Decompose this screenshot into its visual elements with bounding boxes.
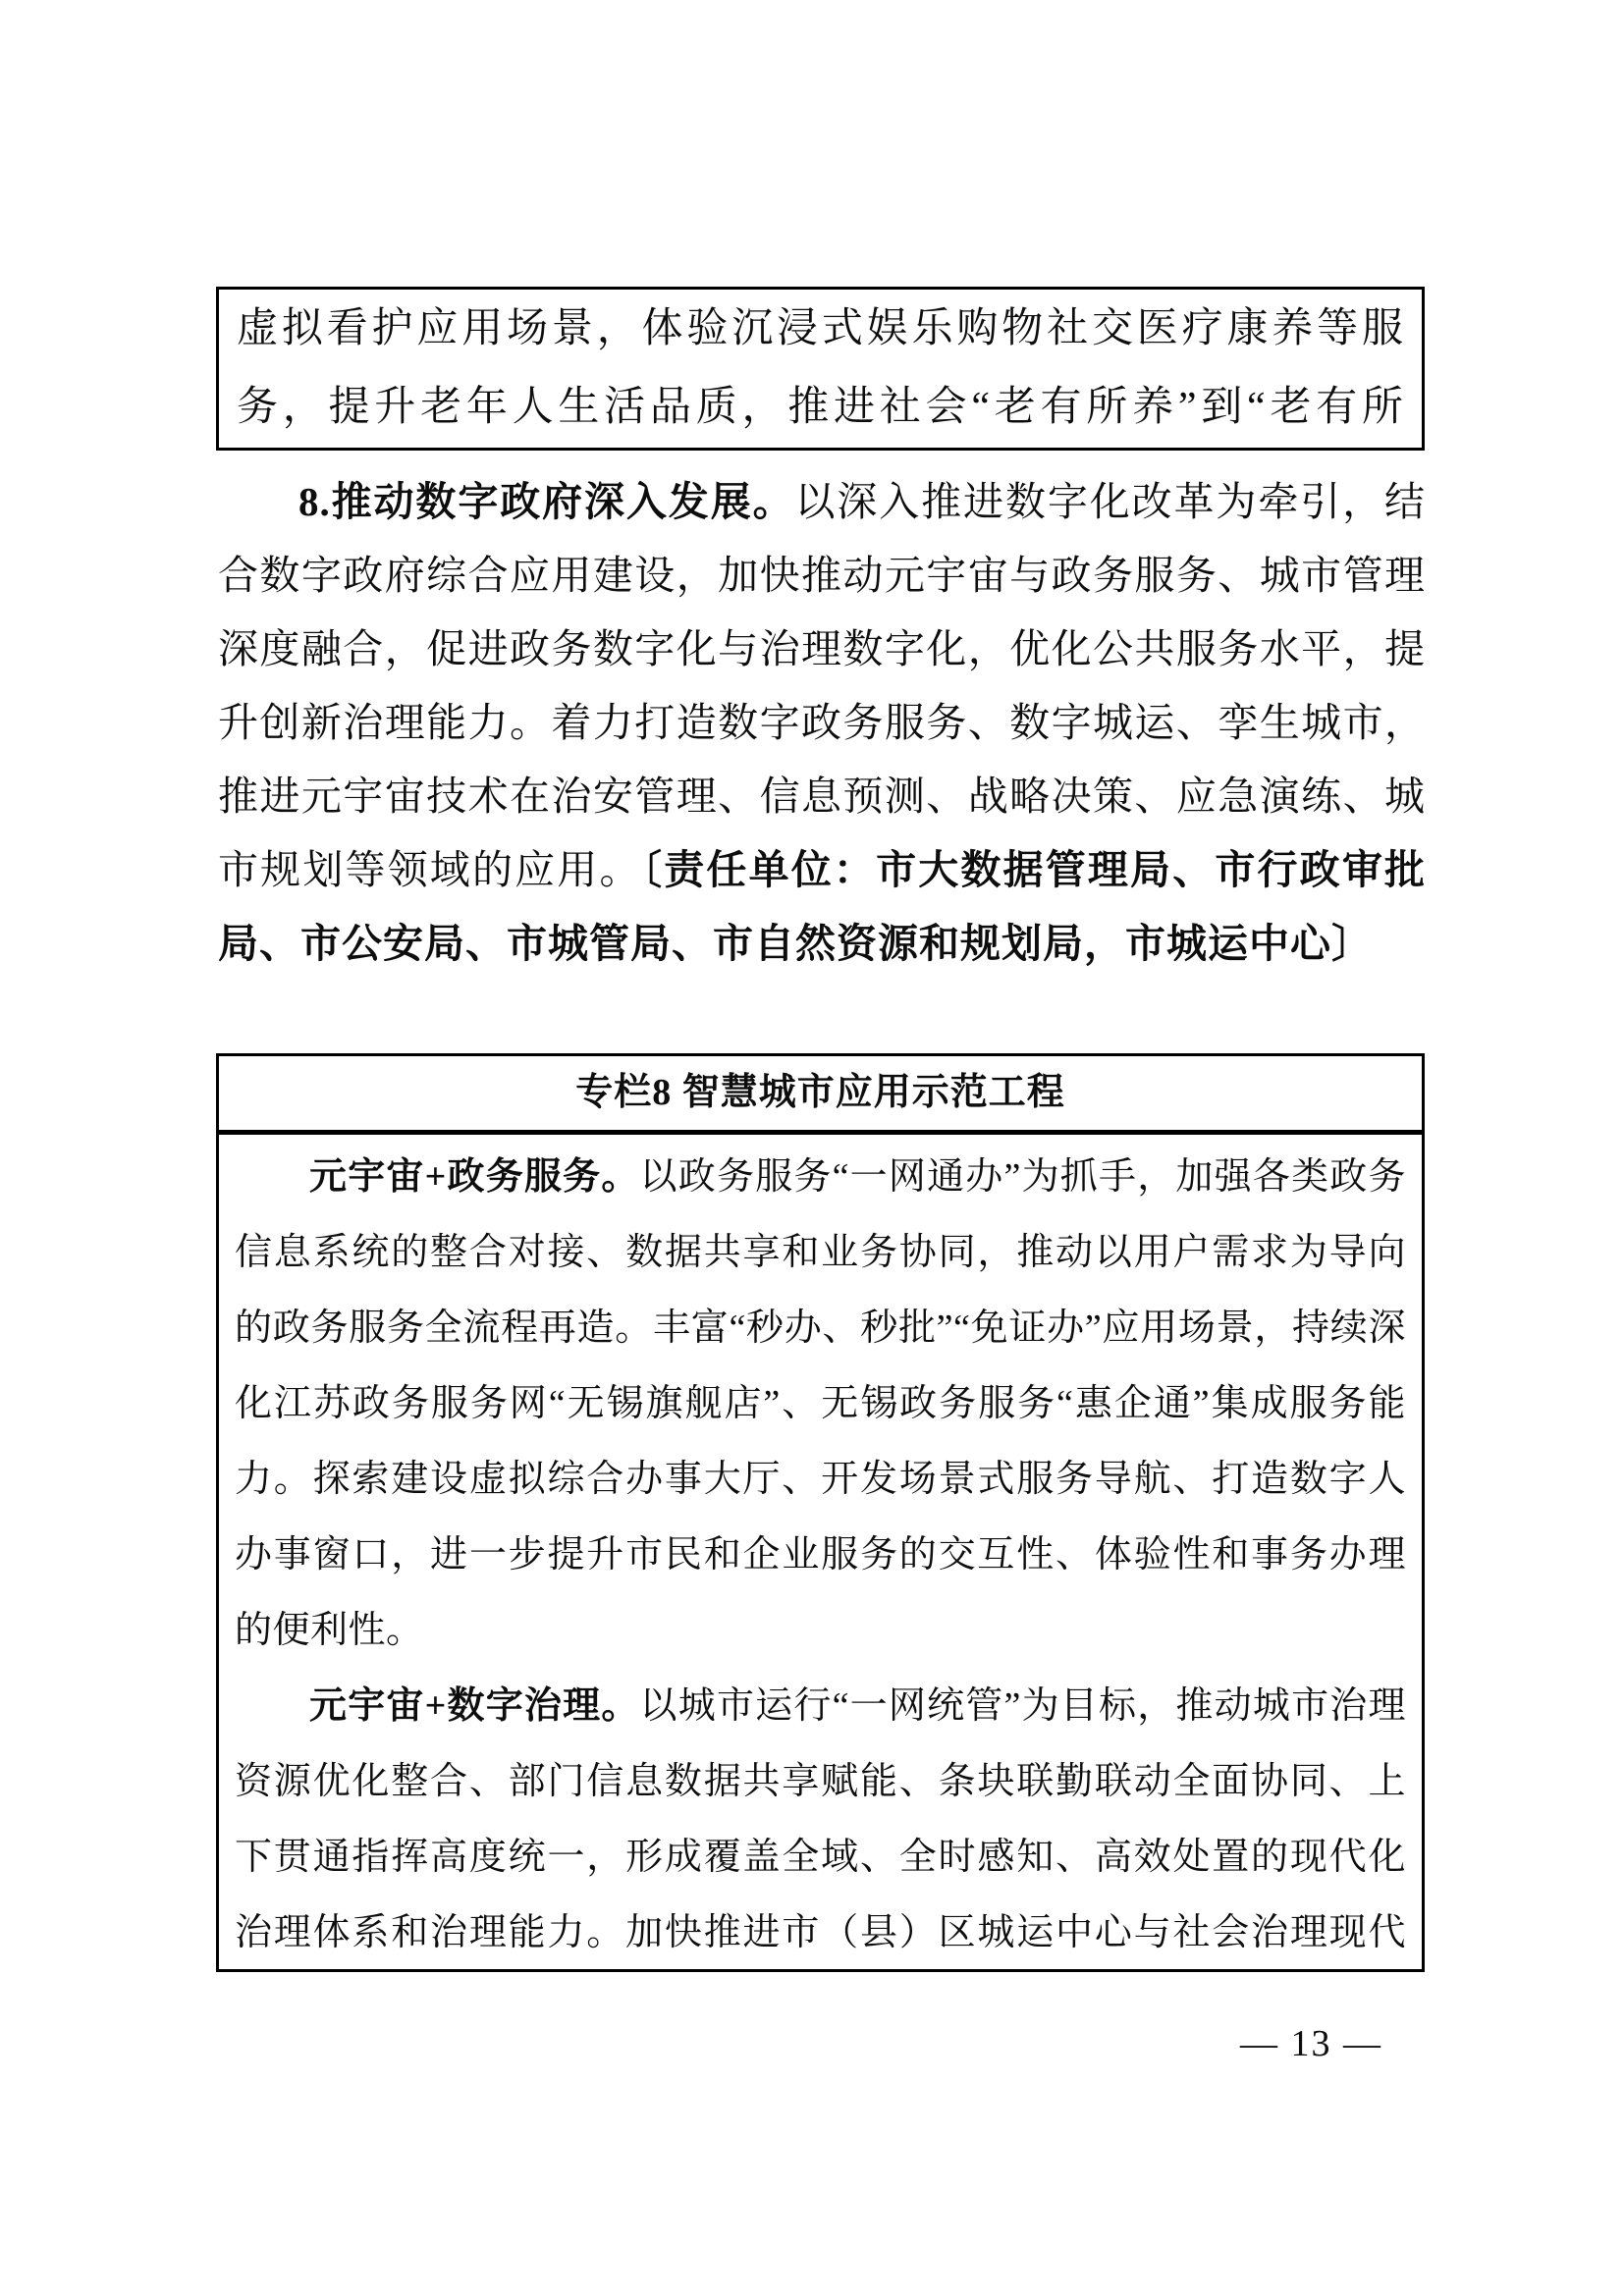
section-8-body-text: 以深入推进数字化改革为牵引，结合数字政府综合应用建设，加快推动元宇宙与政务服务、…	[218, 479, 1426, 892]
feature-paragraph-gov-services: 元宇宙+政务服务。以政务服务“一网通办”为抓手，加强各类政务信息系统的整合对接、…	[235, 1140, 1406, 1669]
continuation-text-box: 虚拟看护应用场景，体验沉浸式娱乐购物社交医疗康养等服务，提升老年人生活品质，推进…	[216, 287, 1425, 451]
document-page: 虚拟看护应用场景，体验沉浸式娱乐购物社交医疗康养等服务，提升老年人生活品质，推进…	[0, 0, 1624, 2296]
feature-paragraph-body: 以城市运行“一网统管”为目标，推动城市治理资源优化整合、部门信息数据共享赋能、条…	[235, 1685, 1406, 1972]
feature-paragraph-lead: 元宇宙+数字治理。	[309, 1685, 640, 1727]
feature-paragraph-digital-governance: 元宇宙+数字治理。以城市运行“一网统管”为目标，推动城市治理资源优化整合、部门信…	[235, 1669, 1406, 1972]
section-8-paragraph: 8.推动数字政府深入发展。以深入推进数字化改革为牵引，结合数字政府综合应用建设，…	[218, 465, 1426, 981]
feature-paragraph-lead: 元宇宙+政务服务。	[309, 1156, 640, 1198]
feature-box-column-8: 专栏8 智慧城市应用示范工程 元宇宙+政务服务。以政务服务“一网通办”为抓手，加…	[216, 1053, 1425, 1972]
continuation-text: 虚拟看护应用场景，体验沉浸式娱乐购物社交医疗康养等服务，提升老年人生活品质，推进…	[237, 290, 1404, 451]
feature-paragraph-body: 以政务服务“一网通办”为抓手，加强各类政务信息系统的整合对接、数据共享和业务协同…	[235, 1156, 1406, 1651]
section-8-heading: 8.推动数字政府深入发展。	[298, 479, 794, 524]
page-number: — 13 —	[1240, 2022, 1382, 2065]
feature-box-title: 专栏8 智慧城市应用示范工程	[219, 1056, 1422, 1135]
feature-box-content: 元宇宙+政务服务。以政务服务“一网通办”为抓手，加强各类政务信息系统的整合对接、…	[219, 1135, 1422, 1972]
